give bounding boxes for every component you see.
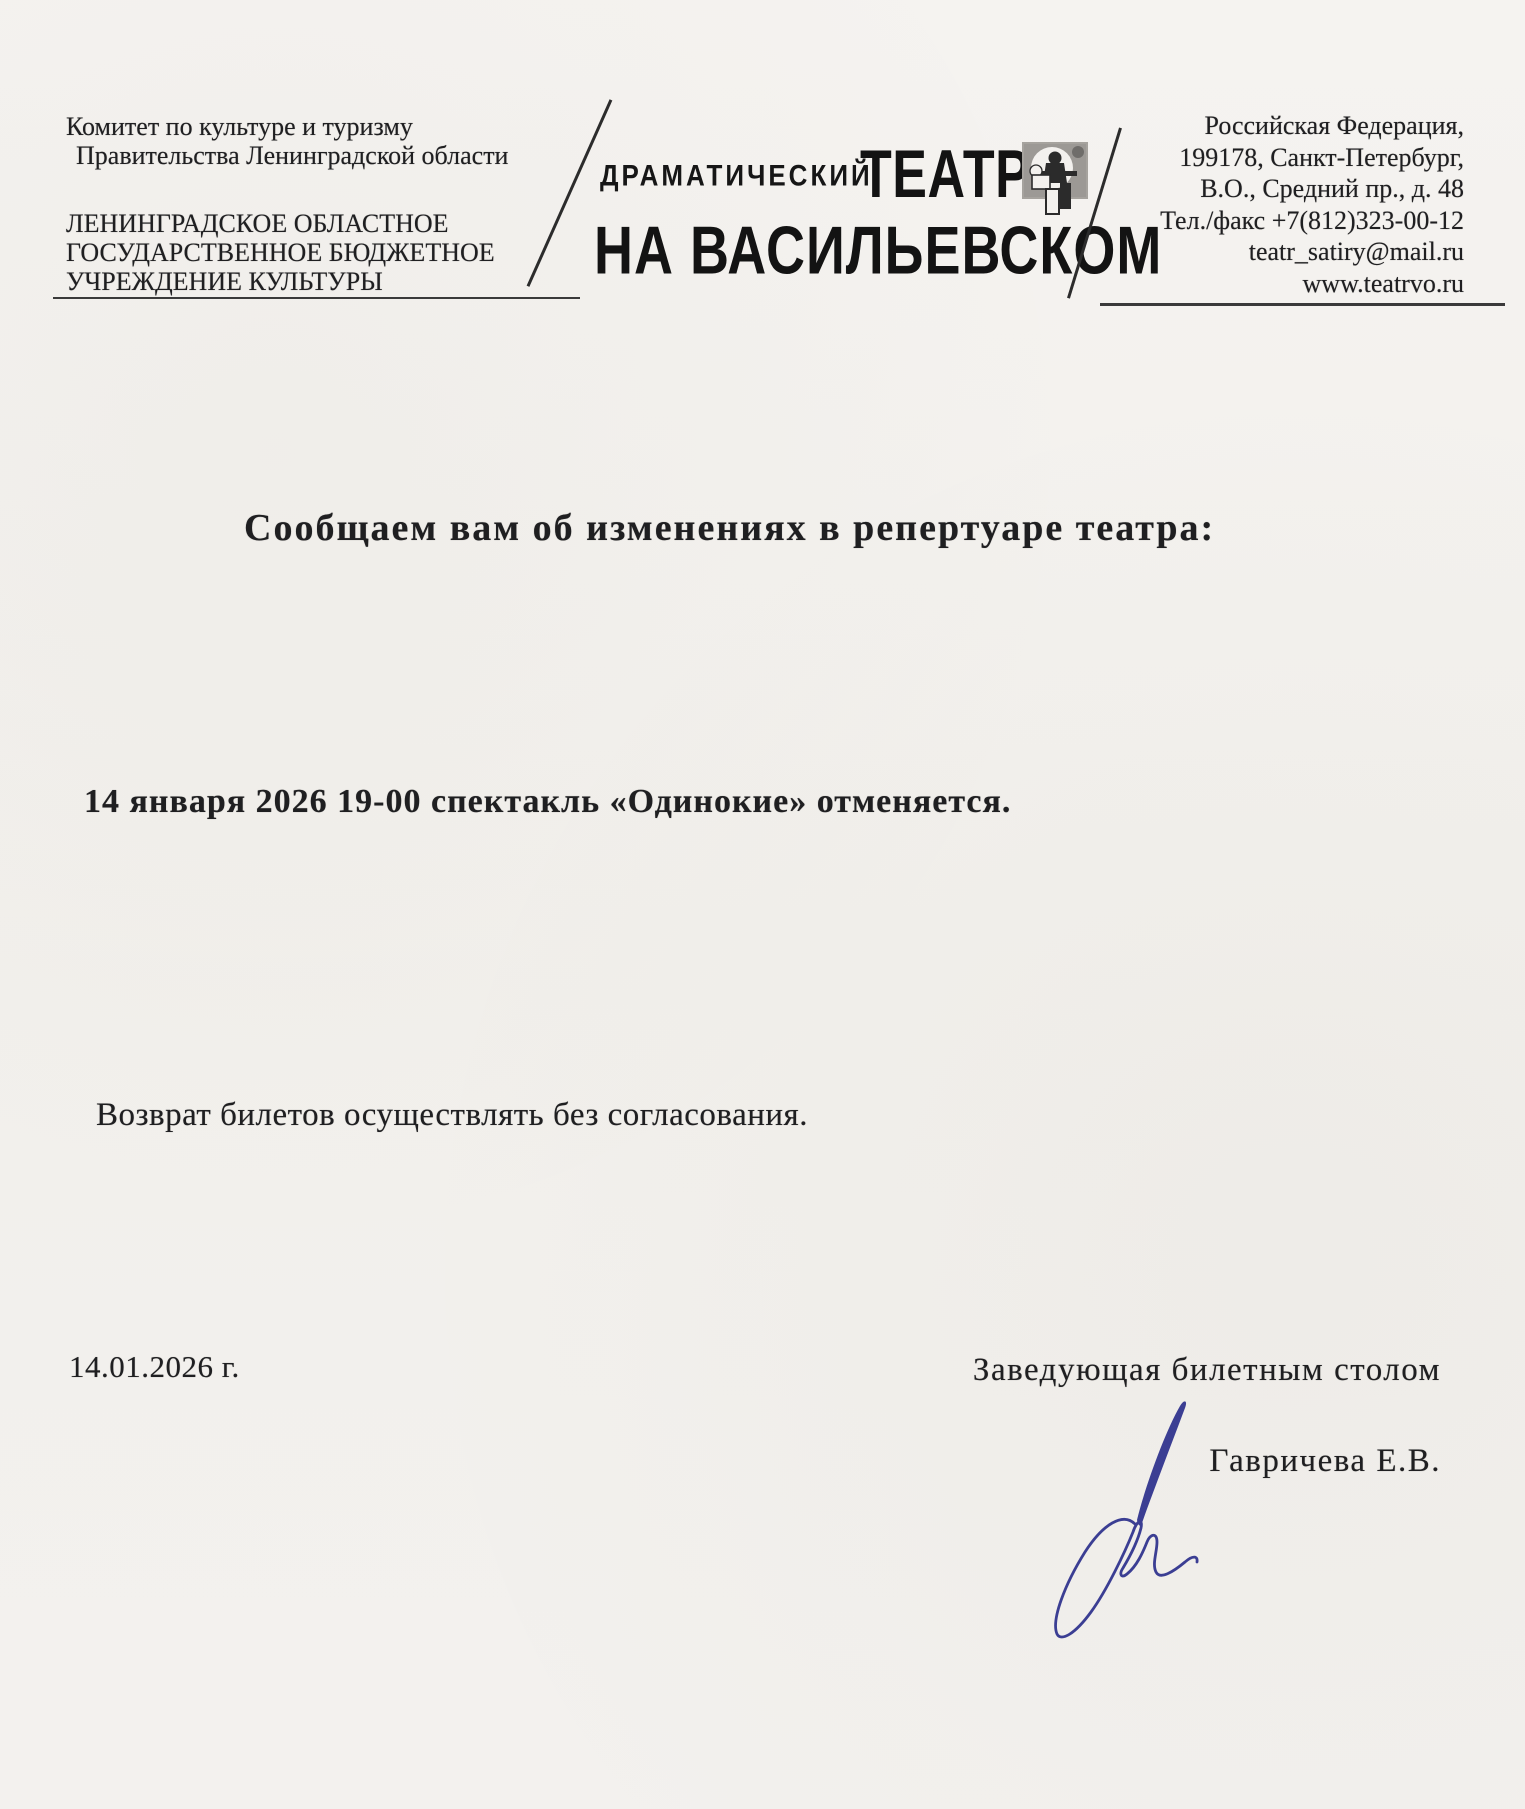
contacts-street: В.О., Средний пр., д. 48 <box>1160 173 1464 205</box>
logo-line-na-vasilievskom: НА ВАСИЛЬЕВСКОМ <box>594 212 1162 290</box>
signature-stroke <box>1045 1392 1215 1654</box>
letterhead-rule-left <box>53 297 580 299</box>
signer-name: Гавричева Е.В. <box>1209 1443 1441 1480</box>
signer-position: Заведующая билетным столом <box>973 1352 1441 1389</box>
authority-line-2: Правительства Ленинградской области <box>76 141 508 170</box>
scanned-letter: Комитет по культуре и туризму Правительс… <box>0 0 1525 1809</box>
contacts-phone: Тел./факс +7(812)323-00-12 <box>1160 205 1464 237</box>
institution-line-2: ГОСУДАРСТВЕННОЕ БЮДЖЕТНОЕ <box>66 238 495 267</box>
contacts-country: Российская Федерация, <box>1160 110 1464 142</box>
institution-line-3: УЧРЕЖДЕНИЕ КУЛЬТУРЫ <box>66 267 383 296</box>
logo-word-dramatic: ДРАМАТИЧЕСКИЙ <box>600 158 873 194</box>
letter-heading: Сообщаем вам об изменениях в репертуаре … <box>244 506 1215 550</box>
contacts-block: Российская Федерация, 199178, Санкт-Пете… <box>1160 110 1464 299</box>
theater-logo-figure-icon <box>1022 142 1090 216</box>
announcement-line: 14 января 2026 19-00 спектакль «Одинокие… <box>84 783 1011 821</box>
letterhead-rule-right <box>1100 303 1505 306</box>
authority-line-1: Комитет по культуре и туризму <box>66 112 413 141</box>
contacts-email: teatr_satiry@mail.ru <box>1160 236 1464 268</box>
contacts-city: 199178, Санкт-Петербург, <box>1160 142 1464 174</box>
letter-date: 14.01.2026 г. <box>69 1349 240 1385</box>
contacts-website: www.teatrvo.ru <box>1160 268 1464 300</box>
logo-word-teatr: ТЕАТР <box>860 136 1030 214</box>
institution-line-1: ЛЕНИНГРАДСКОЕ ОБЛАСТНОЕ <box>66 209 449 238</box>
instruction-line: Возврат билетов осуществлять без согласо… <box>96 1097 808 1134</box>
